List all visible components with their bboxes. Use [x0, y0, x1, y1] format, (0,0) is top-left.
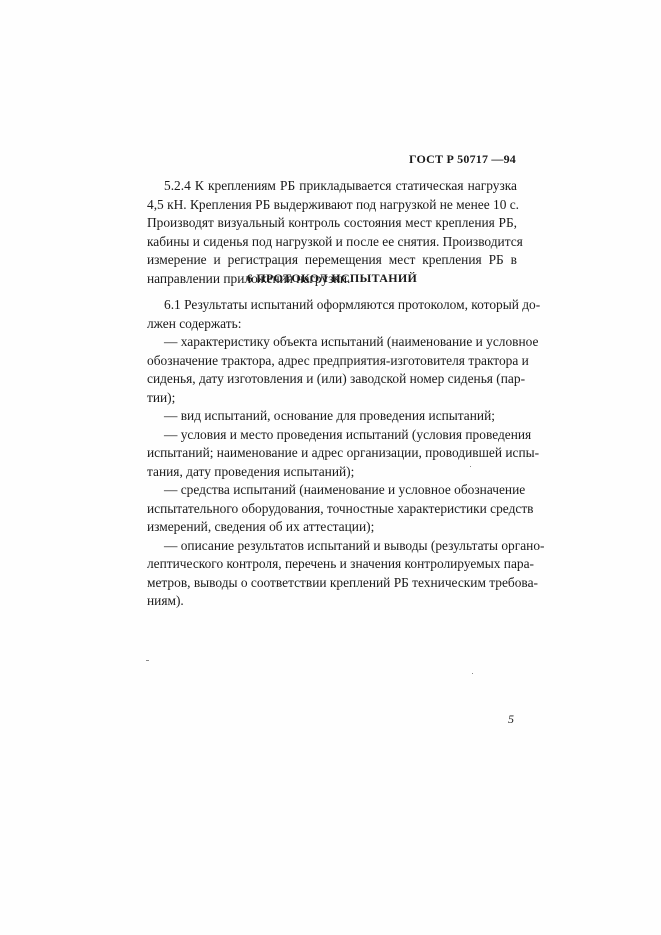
list-item-line: метров, выводы о соответствии креплений …: [147, 574, 517, 593]
paragraph-line: Производят визуальный контроль состояния…: [147, 214, 517, 233]
list-item-line: испытательного оборудования, точностные …: [147, 500, 517, 519]
list-item-line: испытаний; наименование и адрес организа…: [147, 444, 517, 463]
scan-artifact: [470, 466, 471, 467]
paragraph-line: 6.1 Результаты испытаний оформляются про…: [147, 296, 517, 315]
paragraph-line: лжен содержать:: [147, 315, 517, 334]
list-item-line: тии);: [147, 389, 517, 408]
list-item-line: лептического контроля, перечень и значен…: [147, 555, 517, 574]
document-header-standard-number: ГОСТ Р 50717 —94: [409, 152, 516, 167]
list-item-line: ниям).: [147, 592, 517, 611]
list-item-line: измерений, сведения об их аттестации);: [147, 518, 517, 537]
paragraph-line: измерение и регистрация перемещения мест…: [147, 251, 517, 270]
list-item-line: — средства испытаний (наименование и усл…: [147, 481, 517, 500]
page-number: 5: [508, 712, 514, 727]
list-item-line: — вид испытаний, основание для проведени…: [147, 407, 517, 426]
paragraph-line: 5.2.4 К креплениям РБ прикладывается ста…: [147, 177, 517, 196]
document-page: ГОСТ Р 50717 —94 5.2.4 К креплениям РБ п…: [0, 0, 661, 935]
list-item-line: — условия и место проведения испытаний (…: [147, 426, 517, 445]
list-item-line: тания, дату проведения испытаний);: [147, 463, 517, 482]
list-item-line: сиденья, дату изготовления и (или) завод…: [147, 370, 517, 389]
paragraph-line: 4,5 кН. Крепления РБ выдерживают под наг…: [147, 196, 517, 215]
clause-6-1: 6.1 Результаты испытаний оформляются про…: [147, 296, 517, 611]
paragraph-line: кабины и сиденья под нагрузкой и после е…: [147, 233, 517, 252]
list-item-line: обозначение трактора, адрес предприятия-…: [147, 352, 517, 371]
list-item-line: — характеристику объекта испытаний (наим…: [147, 333, 517, 352]
scan-artifact: [472, 673, 473, 674]
scan-artifact: [146, 660, 149, 661]
section-title-test-protocol: 6 ПРОТОКОЛ ИСПЫТАНИЙ: [147, 271, 517, 286]
list-item-line: — описание результатов испытаний и вывод…: [147, 537, 517, 556]
